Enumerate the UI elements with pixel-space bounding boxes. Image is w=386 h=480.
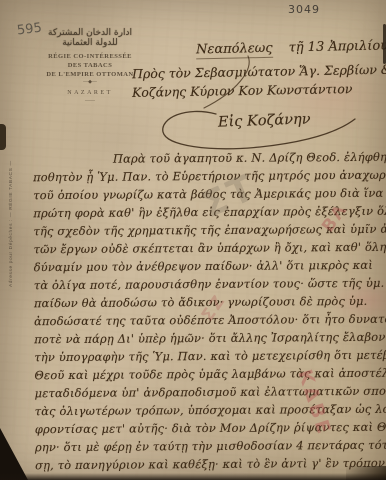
ottoman-script-line1: ادارة الدخان المشتركة [40, 28, 140, 38]
destination: Εἰς Κοζάνην [218, 111, 311, 130]
body-line: μεταδιδόμενα ὑπ' ἀνδραποδισμοῦ καὶ ἐλαττ… [35, 382, 381, 402]
body-line: τὰ ὀλίγα ποτέ, παρουσιάσθην ἐναντίον του… [34, 274, 380, 294]
archive-number-top-left: 595 [16, 21, 42, 39]
body-line: τὴν ὑπογραφὴν τῆς Ὑμ. Παν. καὶ τὸ μετεχε… [34, 346, 380, 366]
letterhead: ادارة الدخان المشتركة للدولة العثمانية R… [40, 28, 140, 105]
body-line: σῃ, τὸ πανηγύριον καὶ καθέξῃ· καὶ τὸ ἓν … [35, 454, 381, 474]
body-line: ποτὲ νὰ πάρῃ Δι' ὑπὲρ ἡμῶν· ὅτι ἄλλης Ἰσ… [34, 328, 380, 348]
scanned-letter-page: 595 3049 ادارة الدخان المشتركة للدولة ال… [0, 0, 386, 480]
scan-edge-bottom [0, 473, 386, 480]
letterhead-underline: —— [40, 98, 140, 105]
letterhead-line1: RÉGIE CO-INTÉRESSÉE [40, 52, 140, 61]
body-line: ρην· ὅτι μὲ φέρῃ ἐν ταύτῃ τὴν μισθοδοσία… [35, 436, 381, 456]
torn-edge-notch [0, 124, 6, 150]
body-line: Παρὰ τοῦ ἀγαπητοῦ κ. Ν. Δρίζη Θεοδ. ἐλήφ… [33, 148, 379, 168]
letterhead-line3: DE L'EMPIRE OTTOMAN [40, 70, 140, 79]
archive-number-top-right: 3049 [288, 3, 320, 16]
body-line: τῶν ἔργων οὐδὲ σκέπτεται ἂν ὑπάρχων ἢ ὄχ… [34, 238, 380, 258]
ottoman-script-line2: للدولة العثمانية [40, 38, 140, 48]
letterhead-agency: NAZARET [40, 89, 140, 98]
margin-telegraph-address: Adresse pour Dépêches : — RÉGIE TABACS — [9, 187, 14, 287]
letterhead-ornament: —◆— [40, 79, 140, 86]
body-line: Θεοῦ καὶ μέχρι τοῦδε πρὸς ὑμᾶς λαμβάνω τ… [34, 364, 380, 384]
body-line: δύναμίν μου τὸν ἀνέθρεψον παίδων· ἀλλ' ὅ… [34, 256, 380, 276]
dateline-date: τῇ 13 Ἀπριλίου 1910 [288, 38, 386, 56]
letterhead-line2: DES TABACS [40, 61, 140, 70]
